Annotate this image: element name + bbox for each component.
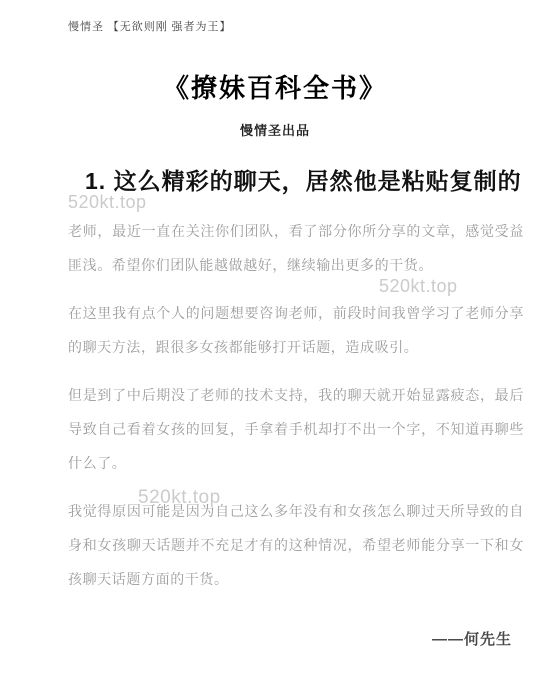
paragraph: 老师，最近一直在关注你们团队，看了部分你所分享的文章，感觉受益匪浅。希望你们团队… — [68, 214, 524, 282]
section-heading: 1. 这么精彩的聊天，居然他是粘贴复制的 — [85, 163, 522, 196]
book-subtitle: 慢情圣出品 — [0, 120, 550, 139]
body-text: 老师，最近一直在关注你们团队，看了部分你所分享的文章，感觉受益匪浅。希望你们团队… — [68, 214, 524, 610]
paragraph: 我觉得原因可能是因为自己这么多年没有和女孩怎么聊过天所导致的自身和女孩聊天话题并… — [68, 494, 524, 596]
document-page: 慢情圣 【无欲则刚 强者为王】 《撩妹百科全书》 慢情圣出品 1. 这么精彩的聊… — [0, 0, 550, 674]
brand-header: 慢情圣 【无欲则刚 强者为王】 — [68, 18, 232, 34]
book-title: 《撩妹百科全书》 — [0, 68, 550, 105]
paragraph: 在这里我有点个人的问题想要咨询老师，前段时间我曾学习了老师分享的聊天方法，跟很多… — [68, 296, 524, 364]
signature: ——何先生 — [432, 628, 512, 649]
paragraph: 但是到了中后期没了老师的技术支持，我的聊天就开始显露疲态，最后导致自己看着女孩的… — [68, 378, 524, 480]
